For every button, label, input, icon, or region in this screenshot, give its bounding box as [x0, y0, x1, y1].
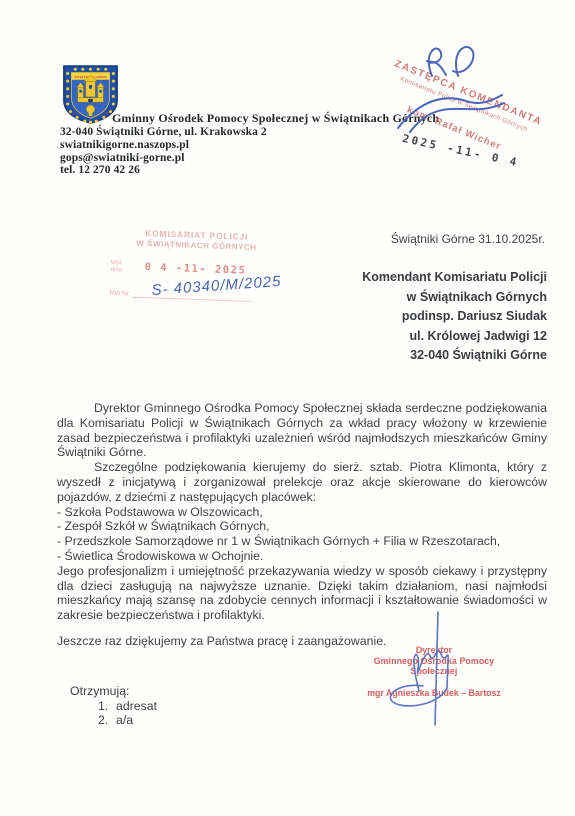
org-address: 32-040 Świątniki Górne, ul. Krakowska 2 [60, 126, 267, 139]
distribution-item-text: adresat [116, 699, 157, 714]
handwritten-initials-icon [418, 40, 488, 80]
org-email: gops@swiatniki-gorne.pl [60, 152, 267, 165]
org-phone: tel. 12 270 42 26 [60, 164, 267, 177]
list-item-school: - Przedszkole Samorządowe nr 1 w Świątni… [57, 534, 547, 549]
distribution-item-number: 1. [98, 699, 116, 714]
handwritten-signature-director-icon [385, 606, 480, 731]
list-item-school: - Zespół Szkół w Świątnikach Górnych, [57, 519, 547, 534]
list-item-school: - Szkoła Podstawowa w Olszowicach, [57, 505, 547, 520]
paragraph-special-thanks: Szczególne podziękowania kierujemy do si… [57, 460, 547, 504]
distribution-item: 2. a/a [70, 713, 157, 728]
distribution-item-text: a/a [116, 713, 133, 728]
distribution-item: 1. adresat [70, 699, 157, 714]
distribution-block: Otrzymują: 1. adresat 2. a/a [70, 684, 157, 728]
paragraph-thanks: Dyrektor Gminnego Ośrodka Pomocy Społecz… [57, 401, 547, 460]
recipient-line: w Świątnikach Górnych [362, 288, 547, 308]
distribution-label: Otrzymują: [70, 684, 157, 699]
recipient-line: 32-040 Świątniki Górne [362, 346, 547, 366]
list-item-school: - Świetlica Środowiskowa w Ochojnie. [57, 549, 547, 564]
recipient-line: ul. Królowej Jadwigi 12 [362, 327, 547, 347]
recipient-line: Komendant Komisariatu Policji [362, 268, 547, 288]
intake-received-label: Wpł. dnia [110, 260, 140, 274]
crest-year-right: 1997 [104, 111, 110, 115]
crest-year-left: A.D. [72, 111, 78, 115]
recipient-block: Komendant Komisariatu Policji w Świątnik… [362, 268, 547, 366]
handwritten-signature-deputy-icon [392, 88, 510, 136]
recipient-line: podinsp. Dariusz Siudak [362, 307, 547, 327]
distribution-item-number: 2. [98, 713, 116, 728]
dateline: Świątniki Górne 31.10.2025r. [391, 232, 545, 246]
intake-received-date: 0 4 -11- 2025 [144, 261, 246, 277]
org-name: Gminny Ośrodek Pomocy Społecznej w Świąt… [112, 111, 439, 126]
org-website: swiatnikigorne.naszops.pl [60, 139, 267, 152]
scanned-letter-page: ŚWIĄTNIKI GÓRNE A.D. 1997 Gminny Ośrodek… [0, 0, 575, 816]
org-contact-block: 32-040 Świątniki Górne, ul. Krakowska 2 … [60, 126, 267, 177]
intake-ref-label: RW Nr. [110, 290, 131, 298]
